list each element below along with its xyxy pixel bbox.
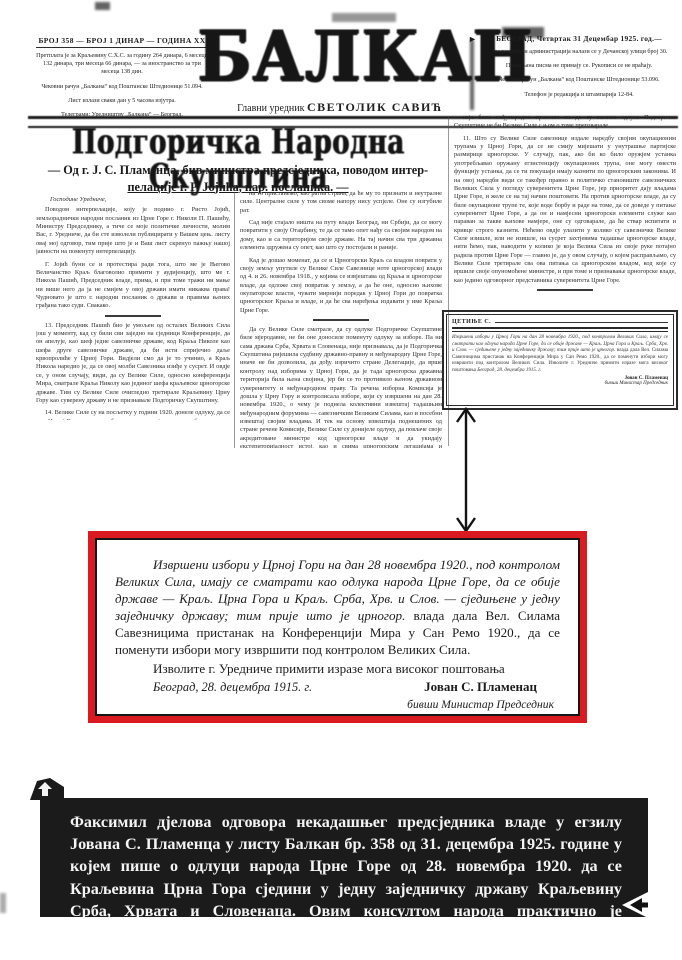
- clipping-signature: Јован С. Пламенац бивши Министар Председ…: [452, 376, 668, 386]
- manuscripts-note: Пошиљана писма не примају се. Рукописи с…: [482, 62, 676, 70]
- paragraph-divider: [105, 315, 161, 317]
- caption-text: Факсимил дјелова одговора некадашњег пре…: [70, 811, 622, 917]
- editorial-address: Уредништво и администрација налази се у …: [482, 48, 676, 56]
- masthead-left-block: БРОЈ 358 — БРОЈ 1 ДИНАР — ГОДИНА XX Прет…: [36, 36, 208, 125]
- article-headline-block: Подгоричка Народна Скупштина — Од г. Ј. …: [30, 126, 446, 195]
- clipping-header: ЦЕТИЊЕ С.: [452, 319, 668, 325]
- paragraph: Сад није стајало ништа на путу влади Бео…: [240, 219, 442, 252]
- letter-closing: Изволите г. Уредниче примити изразе мога…: [115, 660, 560, 677]
- pointer-icon: ►: [468, 34, 477, 44]
- dateline: ► БЕОГРАД, Четвртак 31 Децембар 1925. го…: [482, 34, 676, 43]
- letter-body: Извршени избори у Црној Гори на дан 28 н…: [115, 556, 560, 658]
- enlarged-letter: Извршени избори у Црној Гори на дан 28 н…: [95, 538, 580, 716]
- article-column-2: на то пристанемо, као ратна страна, да ћ…: [240, 190, 442, 448]
- telephone-info: Телефон је редакција и штампарија 12-84.: [482, 91, 676, 99]
- editor-prefix: Главни уредник: [237, 103, 307, 114]
- caption-up-arrow-tab: [28, 778, 64, 800]
- bank-account-info: Чековни рачун „Балкана“ код Поштанске Шт…: [36, 83, 208, 91]
- editor-name: СВЕТОЛИК САВИЋ: [307, 100, 443, 114]
- letter-signature-row: Београд, 28. децембра 1915. г. Јован С. …: [115, 679, 560, 712]
- paragraph: које биле међународно признате па да су …: [454, 114, 676, 131]
- caption-box: Факсимил дјелова одговора некадашњег пре…: [40, 798, 648, 917]
- clipping-inner-frame: ЦЕТИЊЕ С. Извршени избори у Црној Гори н…: [446, 314, 674, 406]
- caption-left-arrow-notch: [610, 890, 650, 920]
- bank-account-info: Чековни рачун „Балкана“ код Поштанске Шт…: [482, 76, 676, 84]
- column-rule: [234, 192, 235, 448]
- paragraph: 11. Што су Велике Силе савезнице издале …: [454, 135, 676, 285]
- editor-line: Главни уредник СВЕТОЛИК САВИЋ: [198, 100, 482, 115]
- scan-artifact: [0, 893, 6, 913]
- newspaper-title: БАЛКАН: [198, 22, 482, 91]
- masthead-right-block: ► БЕОГРАД, Четвртак 31 Децембар 1925. го…: [482, 34, 676, 105]
- salutation: Господине Уредниче,: [36, 196, 230, 204]
- letter-dateline: Београд, 28. децембра 1915. г.: [153, 679, 312, 712]
- article-column-3: које биле међународно признате па да су …: [454, 114, 676, 294]
- paragraph-divider: [313, 319, 369, 321]
- issue-number-line: БРОЈ 358 — БРОЈ 1 ДИНАР — ГОДИНА XX: [36, 36, 208, 48]
- original-clipping-box: ЦЕТИЊЕ С. Извршени избори у Црној Гори н…: [442, 310, 678, 410]
- highlight-red-frame: Извршени избори у Црној Гори на дан 28 н…: [88, 531, 587, 723]
- paragraph: Да су Велике Силе сматрале, да су одлуке…: [240, 326, 442, 448]
- clipping-letter-text: Извршени избори у Црној Гори на дан 28 н…: [452, 335, 668, 374]
- scan-artifact: [95, 2, 110, 10]
- article-column-1: Господине Уредниче, Поводом интерпелациј…: [36, 196, 230, 420]
- masthead-title-block: БАЛКАН Главни уредник СВЕТОЛИК САВИЋ: [198, 22, 482, 115]
- signature-title: бивши Министар Председник: [407, 697, 554, 712]
- paragraph: 14. Велике Силе су на посљетку у години …: [36, 409, 230, 420]
- paragraph-divider: [537, 289, 593, 291]
- paragraph: 13. Председник Пашић био је умољен од ос…: [36, 322, 230, 406]
- subscription-info: Претплата је за Краљевину С.Х.С. за годи…: [36, 52, 208, 77]
- signature-name: Јован С. Пламенац: [407, 679, 554, 696]
- paragraph: Поводом интерпелације, коју је поднио г.…: [36, 206, 230, 256]
- clipping-double-rule: [452, 327, 668, 332]
- letter-signature-block: Јован С. Пламенац бивши Министар Председ…: [407, 679, 554, 712]
- paragraph: на то пристанемо, као ратна страна, да ћ…: [240, 190, 442, 215]
- paragraph: Г. Јојић буни се и протестира ради тога,…: [36, 261, 230, 311]
- paragraph: Кад је дошао моменат, да се и Црногорски…: [240, 257, 442, 316]
- publication-schedule: Лист излази сваки дан у 5 часова изјутра…: [36, 97, 208, 105]
- newspaper-facsimile-page: БРОЈ 358 — БРОЈ 1 ДИНАР — ГОДИНА XX Прет…: [0, 0, 682, 960]
- header-rule: [495, 321, 668, 323]
- connector-arrow-icon: [455, 406, 477, 534]
